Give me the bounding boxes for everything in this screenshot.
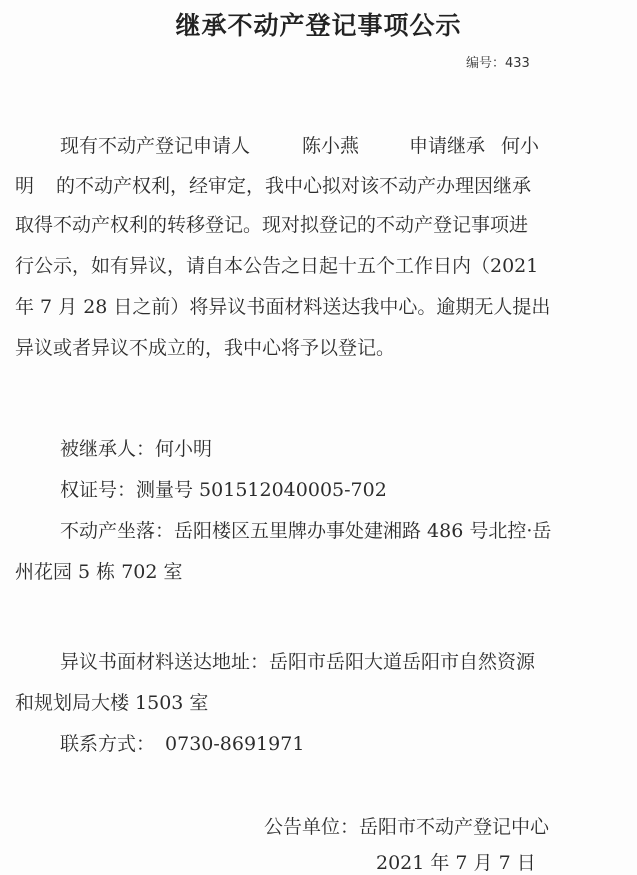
location-value-line2: 州花园 5 栋 702 室 xyxy=(15,560,183,584)
contact-row: 联系方式：0730-8691971 xyxy=(60,732,304,756)
location-value-line1: 岳阳楼区五里牌办事处建湘路 486 号北控·岳 xyxy=(174,520,551,542)
certificate-value: 测量号 501512040005-702 xyxy=(136,479,387,501)
applicant-name: 陈小燕 xyxy=(302,135,359,157)
body-line1-mid: 申请继承 xyxy=(409,135,485,157)
decedent-value: 何小明 xyxy=(155,438,212,460)
decedent-name-part1: 何小 xyxy=(501,135,539,157)
certificate-row: 权证号：测量号 501512040005-702 xyxy=(60,478,387,502)
body-line2-rest: 的不动产权利，经审定，我中心拟对该不动产办理因继承 xyxy=(56,175,531,197)
document-number-label: 编号： xyxy=(466,56,505,71)
issuer-label: 公告单位： xyxy=(264,816,359,838)
issuer-row: 公告单位：岳阳市不动产登记中心 xyxy=(264,815,549,839)
location-label: 不动产坐落： xyxy=(60,520,174,542)
body-line-6: 异议或者异议不成立的，我中心将予以登记。 xyxy=(15,336,395,360)
document-number-value: 433 xyxy=(505,56,530,71)
contact-label: 联系方式： xyxy=(60,733,155,755)
document-title: 继承不动产登记事项公示 xyxy=(0,6,637,42)
body-line-3: 取得不动产权利的转移登记。现对拟登记的不动产登记事项进 xyxy=(15,213,528,237)
body-line-1: 现有不动产登记申请人陈小燕申请继承何小 xyxy=(60,134,539,158)
document-number: 编号：433 xyxy=(466,52,530,71)
location-row: 不动产坐落：岳阳楼区五里牌办事处建湘路 486 号北控·岳 xyxy=(60,519,551,543)
objection-address-line2: 和规划局大楼 1503 室 xyxy=(15,691,208,715)
objection-address-label: 异议书面材料送达地址： xyxy=(60,651,269,673)
decedent-label: 被继承人： xyxy=(60,438,155,460)
body-line-2: 明的不动产权利，经审定，我中心拟对该不动产办理因继承 xyxy=(15,174,531,198)
certificate-label: 权证号： xyxy=(60,479,136,501)
objection-address-line1: 岳阳市岳阳大道岳阳市自然资源 xyxy=(269,651,535,673)
body-line1-prefix: 现有不动产登记申请人 xyxy=(60,135,250,157)
body-line-5: 年 7 月 28 日之前）将异议书面材料送达我中心。逾期无人提出 xyxy=(15,295,550,319)
issuer-value: 岳阳市不动产登记中心 xyxy=(359,816,549,838)
decedent-row: 被继承人：何小明 xyxy=(60,437,212,461)
contact-phone: 0730-8691971 xyxy=(165,733,304,755)
issue-date: 2021 年 7 月 7 日 xyxy=(376,851,536,875)
decedent-name-part2: 明 xyxy=(15,175,34,197)
body-line-4: 行公示，如有异议，请自本公告之日起十五个工作日内（2021 xyxy=(15,254,538,278)
objection-address-row: 异议书面材料送达地址：岳阳市岳阳大道岳阳市自然资源 xyxy=(60,650,535,674)
